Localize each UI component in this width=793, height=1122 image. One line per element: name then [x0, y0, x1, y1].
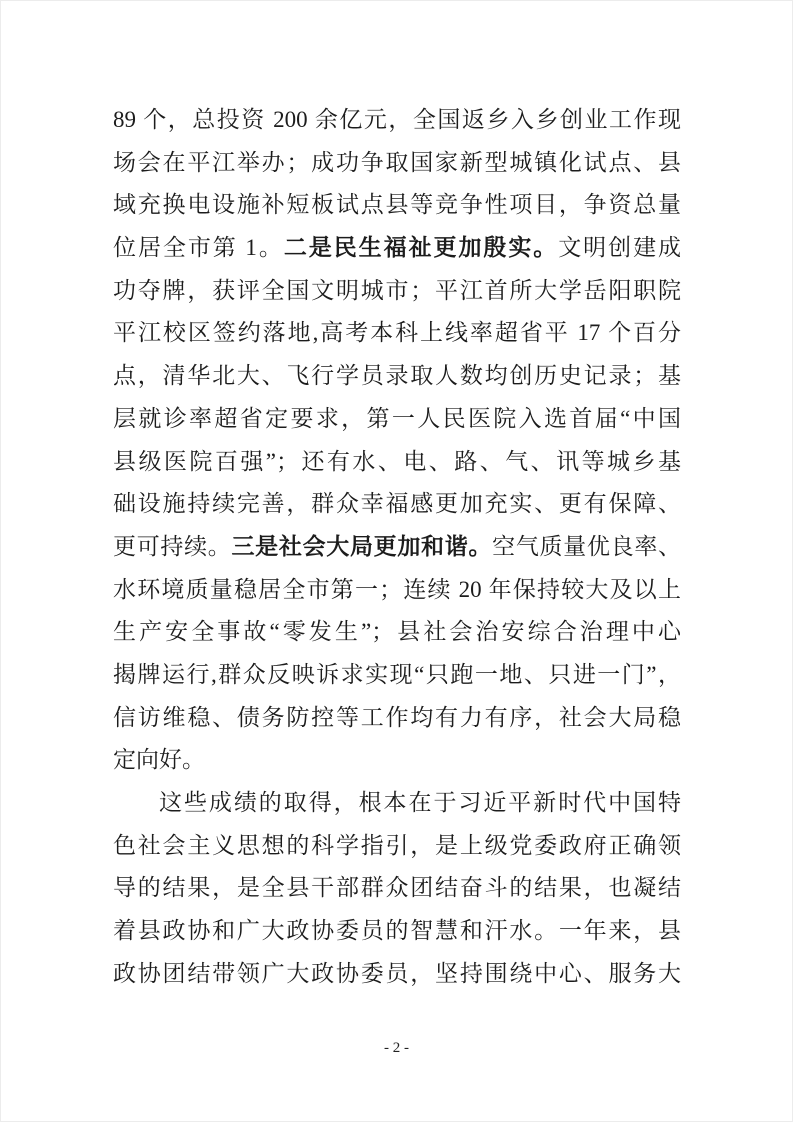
text-line: 位居全市第 1。二是民生福祉更加殷实。文明创建成 [113, 227, 681, 270]
text-line: 场会在平江举办；成功争取国家新型城镇化试点、县 [113, 142, 681, 185]
text-run: 着县政协和广大政协委员的智慧和汗水。一年来，县 [113, 918, 681, 943]
text-run: 空气质量优良率、 [492, 534, 681, 559]
text-run: 点，清华北大、飞行学员录取人数均创历史记录；基 [113, 363, 681, 388]
text-line: 定向好。 [113, 739, 681, 782]
text-line: 生产安全事故“零发生”；县社会治安综合治理中心 [113, 611, 681, 654]
text-line: 89 个，总投资 200 余亿元，全国返乡入乡创业工作现 [113, 99, 681, 142]
text-line: 政协团结带领广大政协委员，坚持围绕中心、服务大 [113, 953, 681, 996]
text-run: 域充换电设施补短板试点县等竞争性项目，争资总量 [113, 192, 681, 217]
text-run: 县级医院百强”；还有水、电、路、气、讯等城乡基 [113, 449, 681, 474]
emphasis-text-run: 三是社会大局更加和谐。 [231, 534, 492, 559]
text-line: 功夺牌，获评全国文明城市；平江首所大学岳阳职院 [113, 270, 681, 313]
document-page: 89 个，总投资 200 余亿元，全国返乡入乡创业工作现场会在平江举办；成功争取… [0, 0, 793, 1122]
text-run: 生产安全事故“零发生”；县社会治安综合治理中心 [113, 619, 681, 644]
emphasis-text-run: 二是民生福祉更加殷实。 [284, 235, 558, 260]
text-run: 揭牌运行,群众反映诉求实现“只跑一地、只进一门”， [113, 662, 681, 687]
text-run: 位居全市第 1。 [113, 235, 284, 260]
document-body: 89 个，总投资 200 余亿元，全国返乡入乡创业工作现场会在平江举办；成功争取… [113, 99, 681, 995]
text-run: 更可持续。 [113, 534, 231, 559]
text-run: 定向好。 [113, 747, 205, 772]
text-run: 89 个，总投资 200 余亿元，全国返乡入乡创业工作现 [113, 107, 681, 132]
text-run: 信访维稳、债务防控等工作均有力有序，社会大局稳 [113, 705, 681, 730]
text-line: 础设施持续完善，群众幸福感更加充实、更有保障、 [113, 483, 681, 526]
text-line: 水环境质量稳居全市第一；连续 20 年保持较大及以上 [113, 569, 681, 612]
text-run: 平江校区签约落地,高考本科上线率超省平 17 个百分 [113, 320, 681, 345]
text-run: 这些成绩的取得，根本在于习近平新时代中国特 [159, 790, 681, 815]
text-line: 导的结果，是全县干部群众团结奋斗的结果，也凝结 [113, 867, 681, 910]
text-line: 平江校区签约落地,高考本科上线率超省平 17 个百分 [113, 312, 681, 355]
page-number: - 2 - [0, 1038, 793, 1058]
text-run: 导的结果，是全县干部群众团结奋斗的结果，也凝结 [113, 875, 681, 900]
text-run: 政协团结带领广大政协委员，坚持围绕中心、服务大 [113, 961, 681, 986]
text-line: 这些成绩的取得，根本在于习近平新时代中国特 [113, 782, 681, 825]
text-run: 功夺牌，获评全国文明城市；平江首所大学岳阳职院 [113, 278, 681, 303]
text-line: 色社会主义思想的科学指引，是上级党委政府正确领 [113, 825, 681, 868]
text-line: 更可持续。三是社会大局更加和谐。空气质量优良率、 [113, 526, 681, 569]
text-line: 层就诊率超省定要求，第一人民医院入选首届“中国 [113, 398, 681, 441]
text-run: 场会在平江举办；成功争取国家新型城镇化试点、县 [113, 150, 681, 175]
text-run: 水环境质量稳居全市第一；连续 20 年保持较大及以上 [113, 577, 681, 602]
text-line: 信访维稳、债务防控等工作均有力有序，社会大局稳 [113, 697, 681, 740]
text-run: 础设施持续完善，群众幸福感更加充实、更有保障、 [113, 491, 681, 516]
text-line: 县级医院百强”；还有水、电、路、气、讯等城乡基 [113, 441, 681, 484]
text-run: 色社会主义思想的科学指引，是上级党委政府正确领 [113, 833, 681, 858]
text-line: 着县政协和广大政协委员的智慧和汗水。一年来，县 [113, 910, 681, 953]
text-line: 域充换电设施补短板试点县等竞争性项目，争资总量 [113, 184, 681, 227]
text-line: 揭牌运行,群众反映诉求实现“只跑一地、只进一门”， [113, 654, 681, 697]
text-line: 点，清华北大、飞行学员录取人数均创历史记录；基 [113, 355, 681, 398]
text-run: 层就诊率超省定要求，第一人民医院入选首届“中国 [113, 406, 681, 431]
text-run: 文明创建成 [558, 235, 681, 260]
